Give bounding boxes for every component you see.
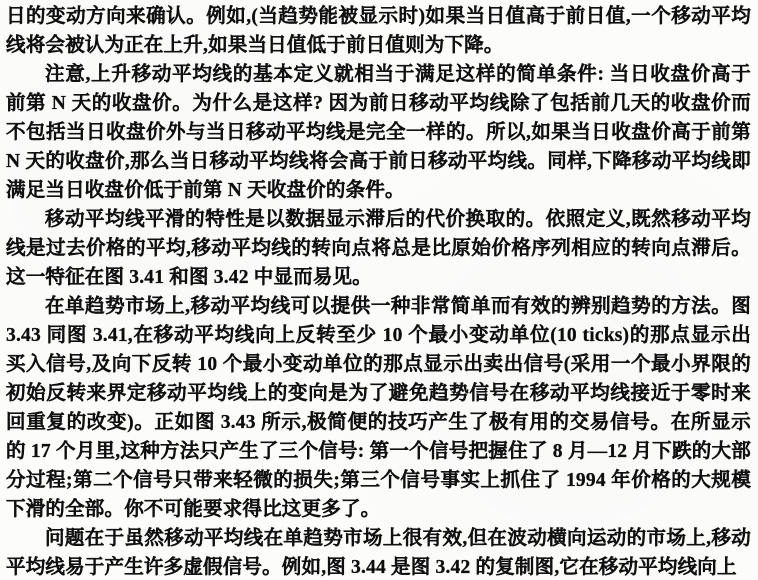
- paragraph-continuation: 日的变动方向来确认。例如,(当趋势能被显示时)如果当日值高于前日值,一个移动平均…: [6, 2, 751, 60]
- paragraph-ma-lag: 移动平均线平滑的特性是以数据显示滞后的代价换取的。依照定义,既然移动平均线是过去…: [6, 205, 751, 292]
- paragraph-false-signals: 问题在于虽然移动平均线在单趋势市场上很有效,但在波动横向运动的市场上,移动平均线…: [6, 524, 751, 580]
- paragraph-trend-signals: 在单趋势市场上,移动平均线可以提供一种非常简单而有效的辨别趋势的方法。图 3.4…: [6, 292, 751, 524]
- paragraph-ma-definition: 注意,上升移动平均线的基本定义就相当于满足这样的简单条件: 当日收盘价高于前第 …: [6, 60, 751, 205]
- book-page: 日的变动方向来确认。例如,(当趋势能被显示时)如果当日值高于前日值,一个移动平均…: [0, 0, 758, 580]
